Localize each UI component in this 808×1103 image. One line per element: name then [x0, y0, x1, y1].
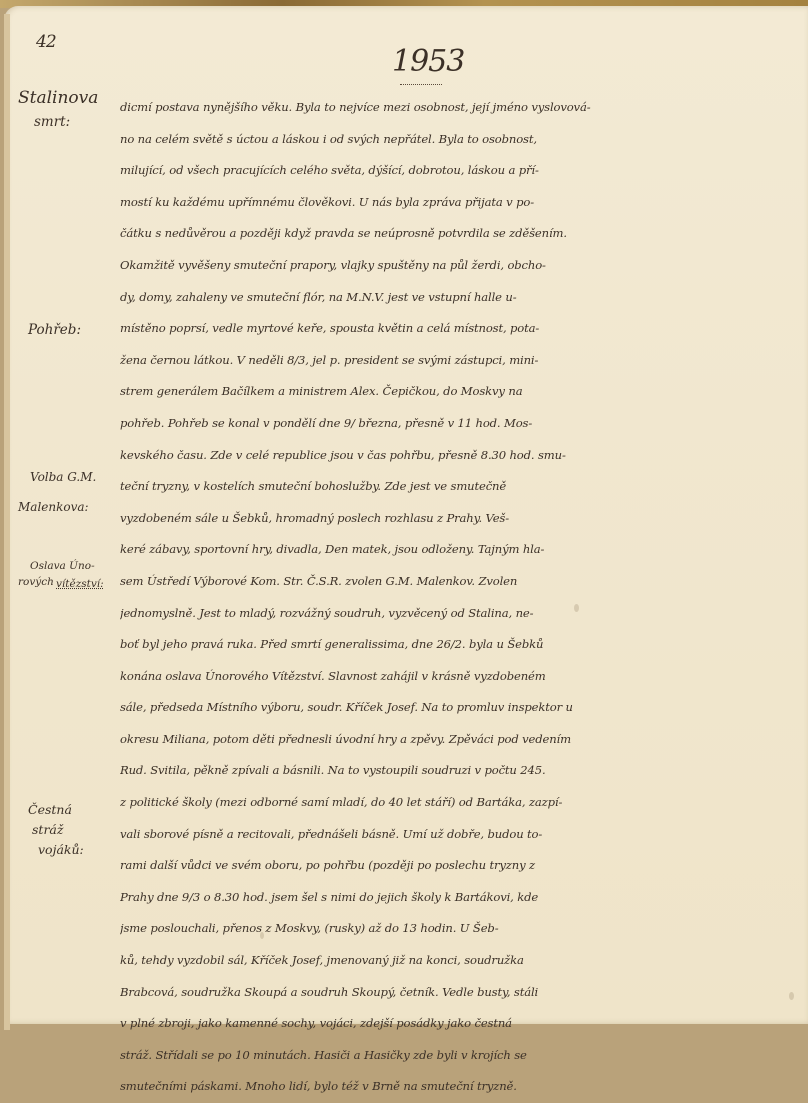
text-line: Okamžitě vyvěšeny smuteční prapory, vlaj… — [120, 250, 712, 282]
text-line: sále, předseda Místního výboru, soudr. K… — [120, 692, 712, 724]
margin-note-funeral: Pohřeb: — [18, 318, 118, 342]
margin-note-malenkov-election: Volba G.M. Malenkova: — [18, 462, 118, 522]
text-line: jsme poslouchali, přenos z Moskvy, (rusk… — [120, 913, 712, 945]
text-line: místěno poprsí, vedle myrtové keře, spou… — [120, 313, 712, 345]
text-line: milující, od všech pracujících celého sv… — [120, 155, 712, 187]
margin-note-line: Volba G.M. — [18, 462, 118, 492]
text-line: sem Ústředí Výborové Kom. Str. Č.S.R. zv… — [120, 566, 712, 598]
text-line: jednomyslně. Jest to mladý, rozvážný sou… — [120, 598, 712, 630]
margin-note-line: vojáků: — [18, 840, 118, 860]
text-line: teční tryzny, v kostelích smuteční bohos… — [120, 471, 712, 503]
year-heading-underline — [400, 84, 442, 85]
text-line: pohřeb. Pohřeb se konal v pondělí dne 9/… — [120, 408, 712, 440]
text-line: strem generálem Bačílkem a ministrem Ale… — [120, 376, 712, 408]
margin-note-line: smrt: — [18, 110, 118, 134]
text-line: Brabcová, soudružka Skoupá a soudruh Sko… — [120, 977, 712, 1009]
margin-note-line: Malenkova: — [18, 492, 118, 522]
paper-smudge — [574, 604, 579, 612]
text-line: ků, tehdy vyzdobil sál, Kříček Josef, jm… — [120, 945, 712, 977]
page-number: 42 — [36, 32, 56, 52]
text-line: okresu Miliana, potom děti přednesli úvo… — [120, 724, 712, 756]
margin-note-honor-guard: Čestná stráž vojáků: — [18, 800, 118, 860]
handwritten-body-text: dicmí postava nynějšího věku. Byla to ne… — [120, 92, 712, 1024]
paper-smudge — [260, 932, 264, 939]
text-line: rami další vůdci ve svém oboru, po pohřb… — [120, 850, 712, 882]
page-left-edge-shadow — [4, 14, 10, 1024]
manuscript-page: 42 1953 Stalinova smrt: Pohřeb: Volba G.… — [4, 6, 808, 1024]
text-line: konána oslava Únorového Vítězství. Slavn… — [120, 661, 712, 693]
text-line: žena černou látkou. V neděli 8/3, jel p.… — [120, 345, 712, 377]
margin-note-line: Čestná — [18, 800, 118, 820]
text-line: boť byl jeho pravá ruka. Před smrtí gene… — [120, 629, 712, 661]
text-line: Prahy dne 9/3 o 8.30 hod. jsem šel s nim… — [120, 882, 712, 914]
text-line: dy, domy, zahaleny ve smuteční flór, na … — [120, 282, 712, 314]
text-line: Rud. Svitila, pěkně zpívali a básnili. N… — [120, 755, 712, 787]
text-line: čátku s nedůvěrou a později když pravda … — [120, 218, 712, 250]
text-line: v plné zbroji, jako kamenné sochy, vojác… — [120, 1008, 712, 1024]
margin-note-february-victory: Oslava Úno- rových vítězství: — [18, 558, 118, 592]
margin-note-line: Stalinova — [18, 86, 118, 110]
year-heading: 1953 — [392, 44, 464, 79]
text-line: vali sborové písně a recitovali, přednáš… — [120, 819, 712, 851]
margin-note-stalin-death: Stalinova smrt: — [18, 86, 118, 134]
margin-note-line: Pohřeb: — [18, 318, 118, 342]
text-line: mostí ku každému upřímnému člověkovi. U … — [120, 187, 712, 219]
margin-note-line: Oslava Úno- — [18, 558, 118, 574]
text-line: dicmí postava nynějšího věku. Byla to ne… — [120, 92, 712, 124]
text-line: keré zábavy, sportovní hry, divadla, Den… — [120, 534, 712, 566]
paper-smudge — [789, 992, 794, 1000]
text-line: no na celém světě s úctou a láskou i od … — [120, 124, 712, 156]
text-line: z politické školy (mezi odborné samí mla… — [120, 787, 712, 819]
text-line: vyzdobeném sále u Šebků, hromadný poslec… — [120, 503, 712, 535]
text-line: kevského času. Zde v celé republice jsou… — [120, 440, 712, 472]
margin-note-line: stráž — [18, 820, 118, 840]
